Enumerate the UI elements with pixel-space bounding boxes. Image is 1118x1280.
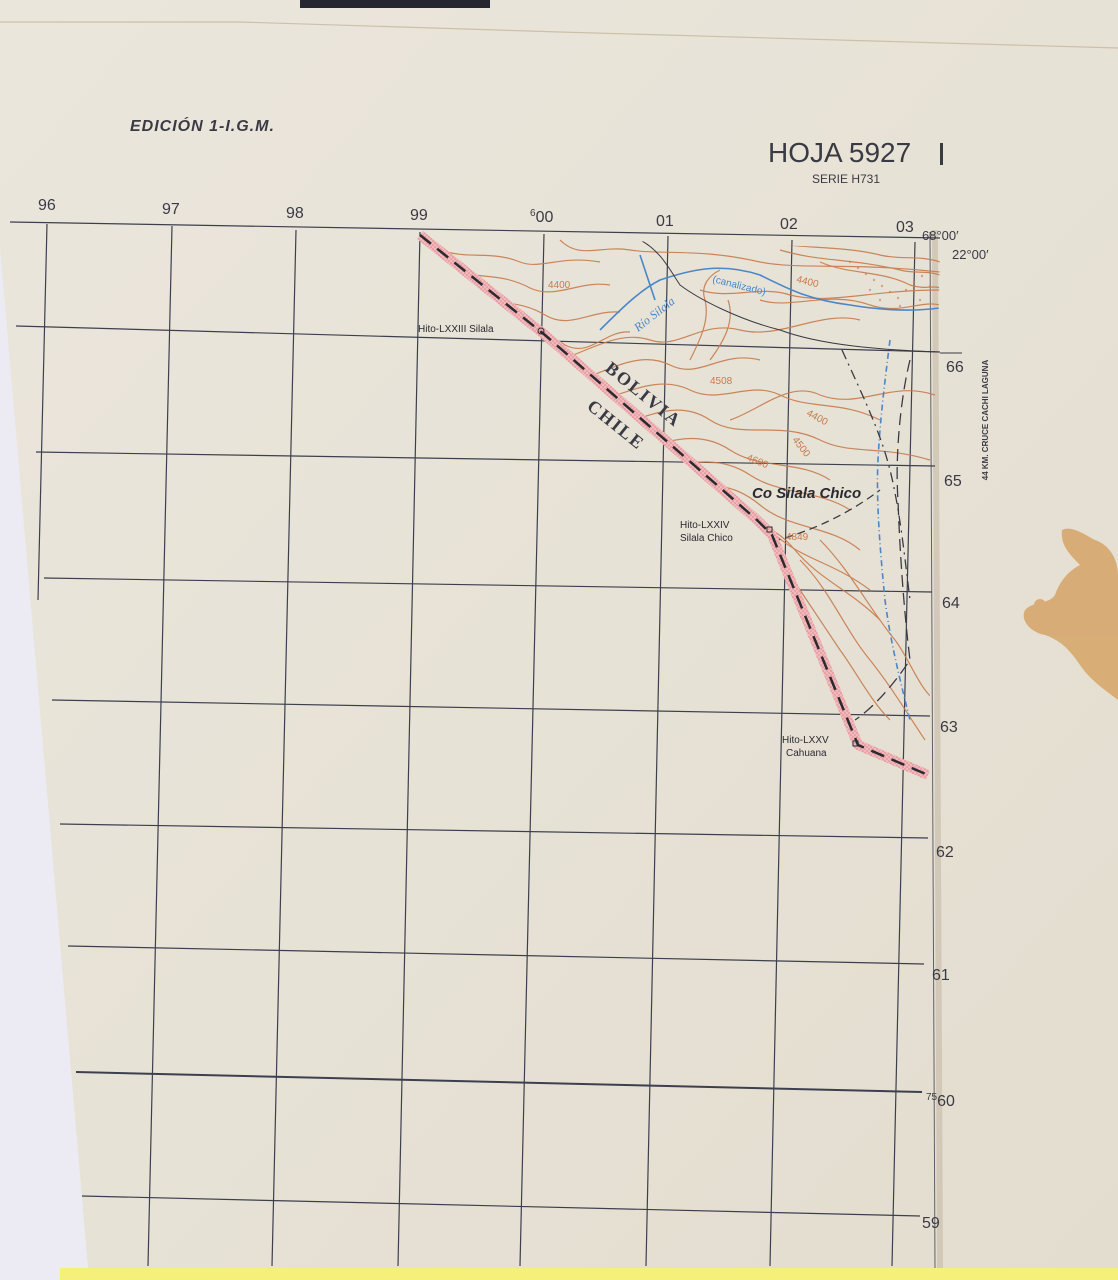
northing-label: 59: [922, 1215, 940, 1232]
margin-road-note: 44 KM. CRUCE CACHI LAGUNA: [981, 360, 990, 481]
northing-label: 65: [944, 473, 962, 490]
map-paper-sheet: [0, 0, 1118, 1268]
marker-sublabel-lxxiv: Silala Chico: [680, 533, 733, 544]
easting-label: 99: [410, 207, 428, 224]
easting-label: 03: [896, 219, 914, 236]
edition-label: EDICIÓN 1-I.G.M.: [130, 116, 275, 135]
easting-label: 02: [780, 216, 798, 233]
easting-label: 97: [162, 201, 180, 218]
sheet-index-tick: [940, 143, 943, 165]
series-label: SERIE H731: [812, 172, 880, 186]
scanner-edge-strip: [60, 1268, 1118, 1280]
easting-label: 01: [656, 213, 674, 230]
contour-label: 4400: [548, 280, 571, 291]
easting-label: 98: [286, 205, 304, 222]
corner-latitude: 22°00′: [952, 247, 989, 262]
corner-longitude: 68°00′: [922, 228, 959, 243]
marker-label-lxxv: Hito-LXXV: [782, 735, 829, 746]
torn-top-edge: [300, 0, 490, 8]
marker-label-lxxiii: Hito-LXXIII Silala: [418, 324, 494, 335]
topographic-map-scan: EDICIÓN 1-I.G.M. HOJA 5927 SERIE H731 96…: [0, 0, 1118, 1280]
northing-label: 61: [932, 967, 950, 984]
northing-label: 62: [936, 844, 954, 861]
marker-sublabel-lxxv: Cahuana: [786, 748, 827, 759]
sheet-number: HOJA 5927: [768, 137, 911, 168]
marker-label-lxxiv: Hito-LXXIV: [680, 520, 730, 531]
spot-elevation: 4849: [786, 532, 809, 543]
peak-label: Co Silala Chico: [752, 485, 861, 502]
northing-label: 63: [940, 719, 958, 736]
spot-elevation: 4508: [710, 376, 733, 387]
northing-label: 64: [942, 595, 960, 612]
easting-label: 96: [38, 197, 56, 214]
northing-label: 66: [946, 359, 964, 376]
